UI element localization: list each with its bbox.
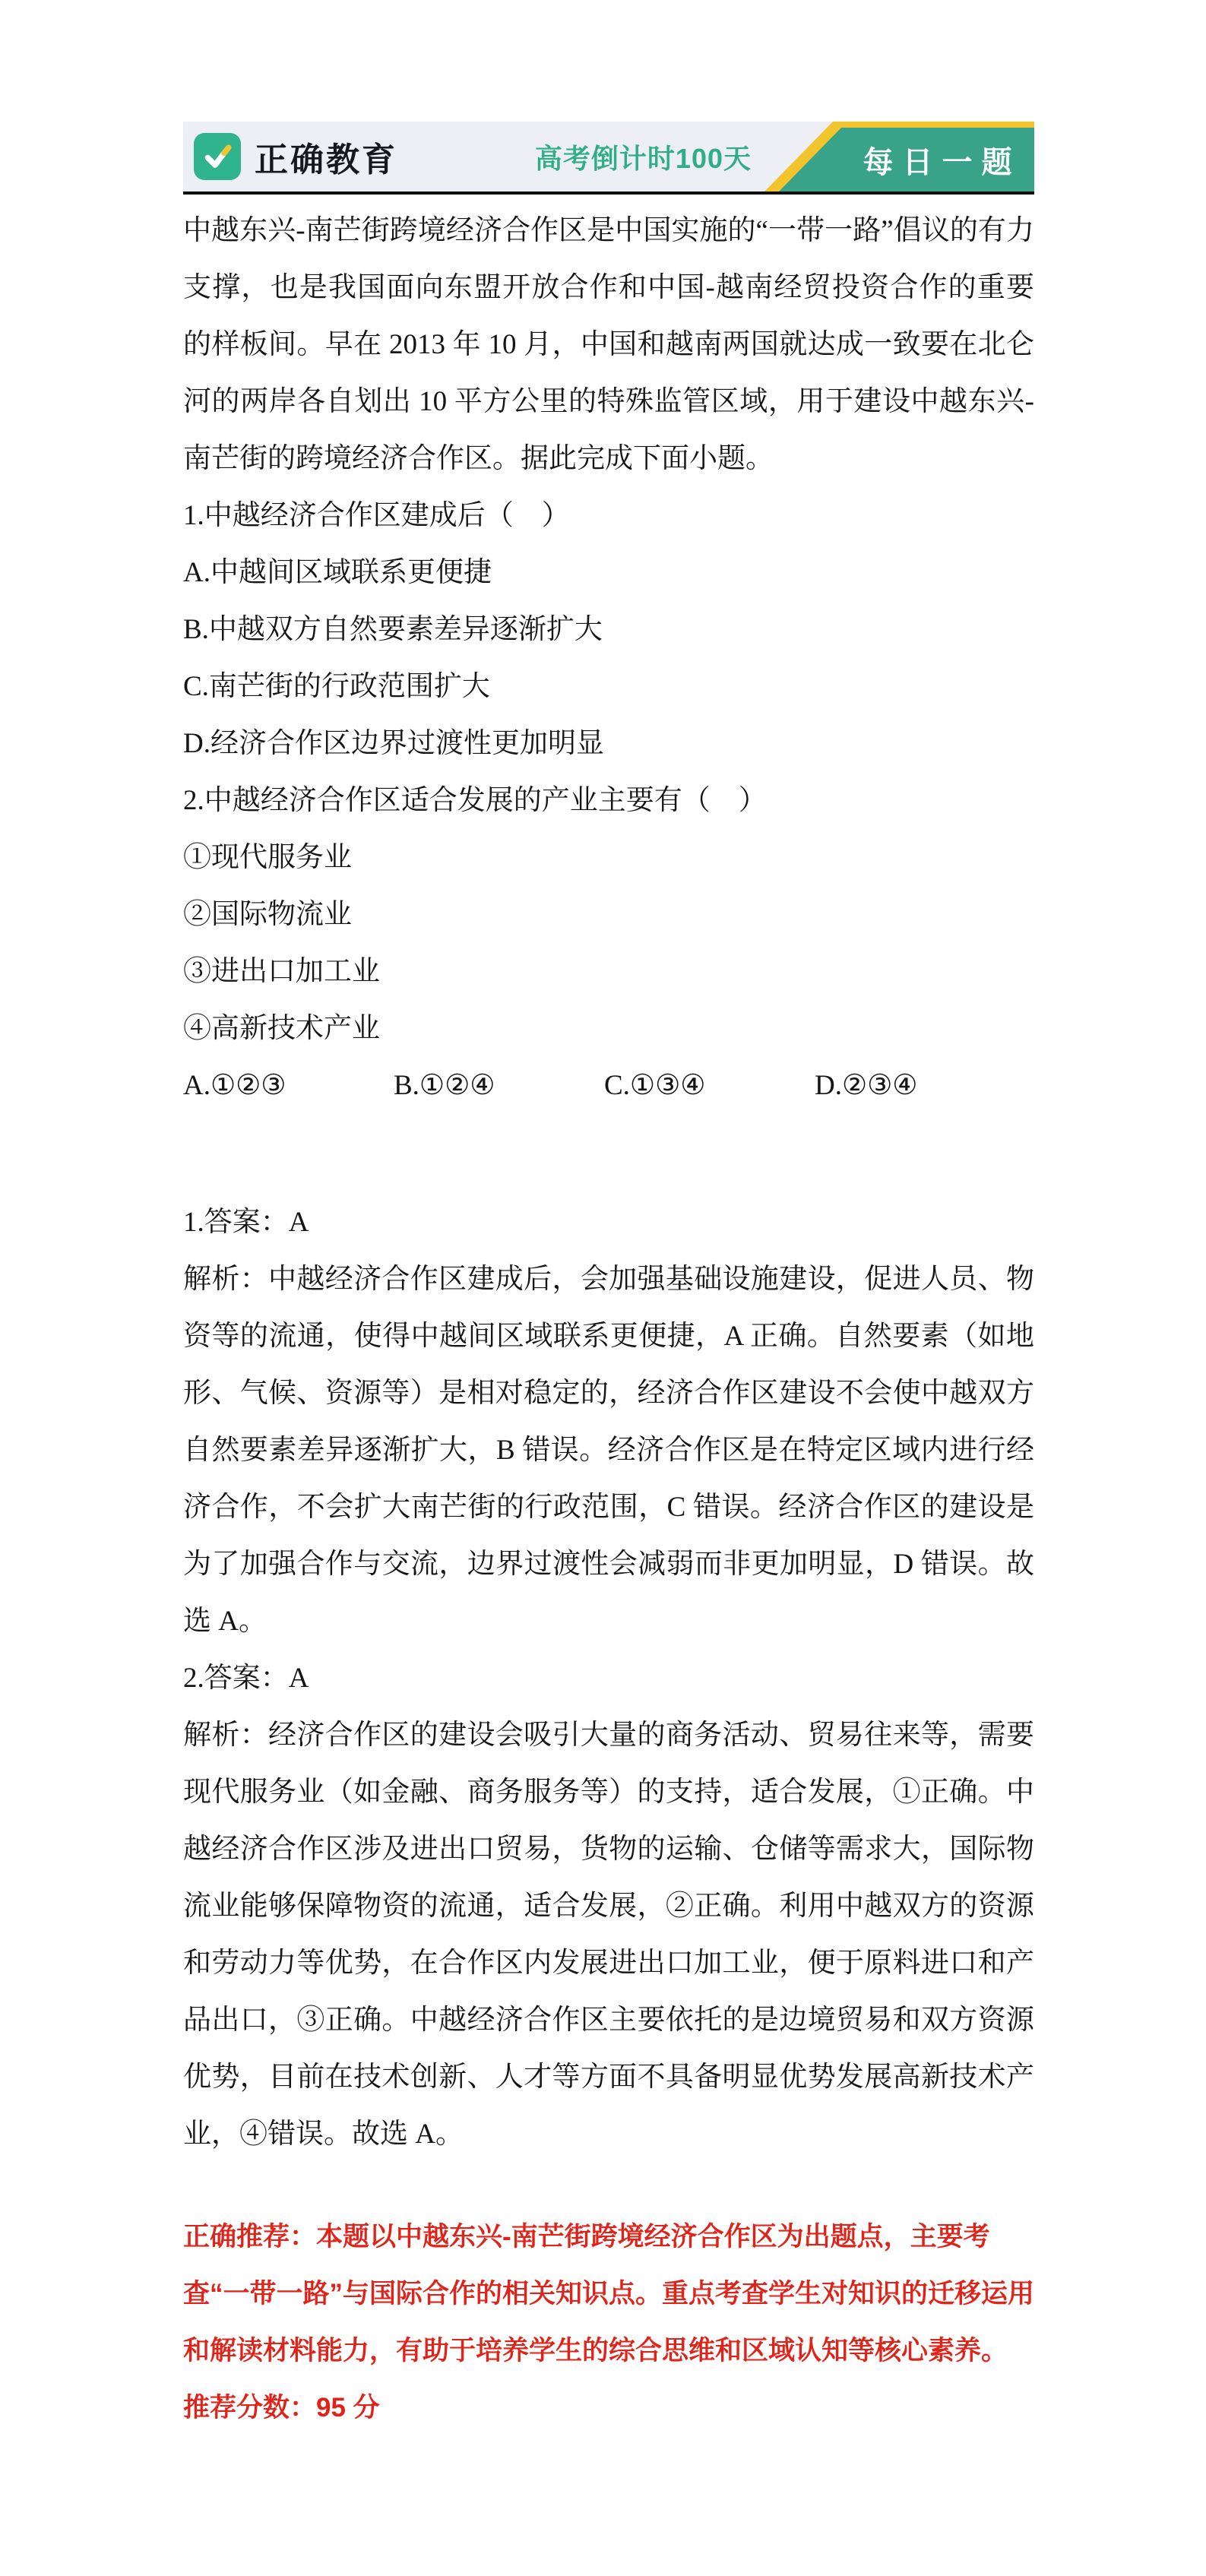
question2-item-2: ②国际物流业	[183, 886, 1034, 943]
question1-option-c: C.南芒街的行政范围扩大	[183, 658, 1034, 715]
question2-item-1: ①现代服务业	[183, 829, 1034, 886]
question1-option-b: B.中越双方自然要素差异逐渐扩大	[183, 601, 1034, 658]
section-gap	[183, 1114, 1034, 1194]
answer1-analysis: 解析：中越经济合作区建成后，会加强基础设施建设，促进人员、物资等的流通，使得中越…	[183, 1251, 1034, 1650]
question2-choice-a: A.①②③	[183, 1057, 394, 1114]
question2-item-3: ③进出口加工业	[183, 943, 1034, 1000]
site-header: 正确教育 高考倒计时100天 每日一题	[183, 122, 1034, 191]
question2-stem: 2.中越经济合作区适合发展的产业主要有（ ）	[183, 772, 1034, 829]
section-gap	[183, 2163, 1034, 2208]
question2-choice-d: D.②③④	[815, 1057, 917, 1114]
badge-label: 每日一题	[840, 128, 1034, 191]
question1-stem: 1.中越经济合作区建成后（ ）	[183, 487, 1034, 544]
content-column: 正确教育 高考倒计时100天 每日一题 中越东兴-南芒街跨境经济合作区是中国实施…	[183, 0, 1034, 2436]
answer2-label: 2.答案：A	[183, 1650, 1034, 1707]
brand: 正确教育	[183, 132, 397, 181]
recommendation-score: 推荐分数：95 分	[183, 2379, 1034, 2436]
answer2-analysis: 解析：经济合作区的建设会吸引大量的商务活动、贸易往来等，需要现代服务业（如金融、…	[183, 1707, 1034, 2163]
question2-choice-b: B.①②④	[394, 1057, 604, 1114]
daily-question-badge: 每日一题	[764, 122, 1034, 191]
question1-option-a: A.中越间区域联系更便捷	[183, 544, 1034, 601]
check-icon	[194, 133, 241, 180]
question2-item-4: ④高新技术产业	[183, 1000, 1034, 1057]
question-sheet: 中越东兴-南芒街跨境经济合作区是中国实施的“一带一路”倡议的有力支撑，也是我国面…	[183, 195, 1034, 2436]
recommendation-text: 正确推荐：本题以中越东兴-南芒街跨境经济合作区为出题点，主要考查“一带一路”与国…	[183, 2208, 1034, 2379]
answer1-label: 1.答案：A	[183, 1194, 1034, 1251]
material-text: 中越东兴-南芒街跨境经济合作区是中国实施的“一带一路”倡议的有力支撑，也是我国面…	[183, 202, 1034, 487]
countdown-label: 高考倒计时100天	[535, 122, 752, 191]
brand-name: 正确教育	[255, 132, 397, 181]
page: 正确教育 高考倒计时100天 每日一题 中越东兴-南芒街跨境经济合作区是中国实施…	[0, 0, 1206, 2576]
question1-option-d: D.经济合作区边界过渡性更加明显	[183, 715, 1034, 772]
question2-choices-row: A.①②③ B.①②④ C.①③④ D.②③④	[183, 1057, 1034, 1114]
question2-choice-c: C.①③④	[604, 1057, 815, 1114]
